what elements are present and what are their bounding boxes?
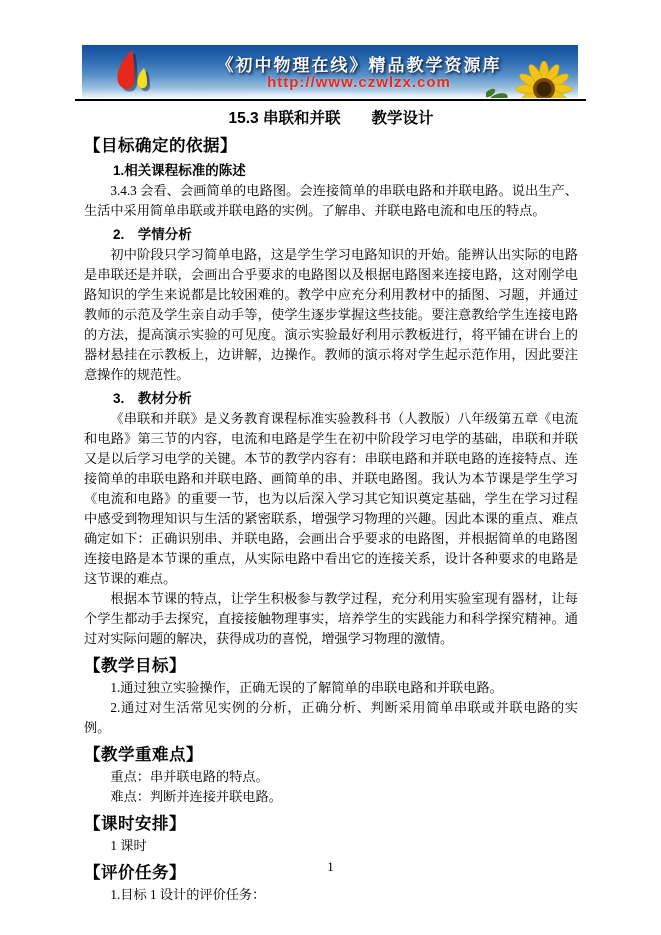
document-content: 15.3 串联和并联 教学设计 【目标确定的依据】 1.相关课程标准的陈述 3.… xyxy=(84,104,578,905)
document-page: 《初中物理在线》精品教学资源库 http://www.czwlzx.com xyxy=(0,0,661,935)
header-divider xyxy=(75,99,586,101)
banner-site-title: 《初中物理在线》精品教学资源库 xyxy=(194,51,524,76)
site-banner-image: 《初中物理在线》精品教学资源库 http://www.czwlzx.com xyxy=(82,45,578,98)
section-heading-basis: 【目标确定的依据】 xyxy=(84,135,578,157)
banner-site-url: http://www.czwlzx.com xyxy=(194,74,524,91)
paragraph-difficult-point: 难点：判断并连接并联电路。 xyxy=(84,787,578,807)
section-heading-key-difficulties: 【教学重难点】 xyxy=(84,744,578,766)
subsection-heading-curriculum: 1.相关课程标准的陈述 xyxy=(84,162,578,180)
paragraph-goal-1: 1.通过独立实验操作，正确无误的了解简单的串联电路和并联电路。 xyxy=(84,678,578,698)
paragraph-curriculum-standard: 3.4.3 会看、会画简单的电路图。会连接简单的串联电路和并联电路。说出生产、生… xyxy=(84,181,578,221)
section-heading-teaching-goals: 【教学目标】 xyxy=(84,655,578,677)
paragraph-lesson-hours: 1 课时 xyxy=(84,836,578,856)
paragraph-key-point: 重点：串并联电路的特点。 xyxy=(84,767,578,787)
paragraph-material-analysis-1: 《串联和并联》是义务教育课程标准实验教科书（人教版）八年级第五章《电流和电路》第… xyxy=(84,409,578,589)
flame-logo-icon xyxy=(106,46,158,98)
paragraph-material-analysis-2: 根据本节课的特点，让学生积极参与教学过程，充分利用实验室现有器材，让每个学生都动… xyxy=(84,589,578,649)
subsection-heading-learner-analysis: 2. 学情分析 xyxy=(84,226,578,244)
section-heading-lesson-schedule: 【课时安排】 xyxy=(84,813,578,835)
paragraph-evaluation-task-1: 1.目标 1 设计的评价任务： xyxy=(84,885,578,905)
page-title: 15.3 串联和并联 教学设计 xyxy=(84,108,578,129)
sunflower-icon xyxy=(486,47,578,98)
paragraph-learner-analysis: 初中阶段只学习简单电路，这是学生学习电路知识的开始。能辨认出实际的电路是串联还是… xyxy=(84,245,578,385)
paragraph-goal-2: 2.通过对生活常见实例的分析，正确分析、判断采用简单串联或并联电路的实例。 xyxy=(84,698,578,738)
subsection-heading-material-analysis: 3. 教材分析 xyxy=(84,390,578,408)
page-number: 1 xyxy=(0,859,661,875)
